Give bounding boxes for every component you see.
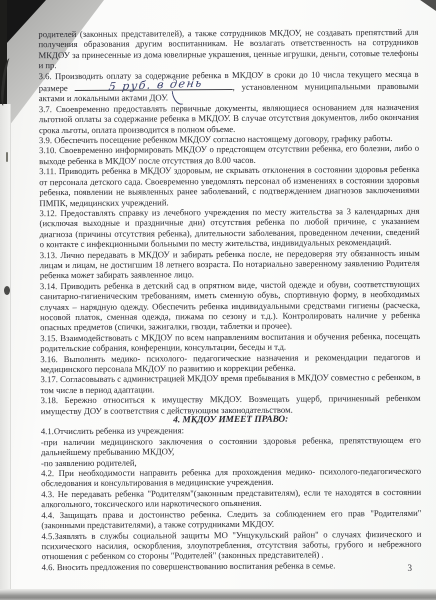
paragraph-intro-continuation: родителей (законных представителей), а т…	[38, 27, 418, 71]
clause-4-4: 4.4. Защищать права и достоинство ребенк…	[41, 508, 421, 531]
scan-edge-bottom	[0, 589, 436, 600]
clause-4-3: 4.3. Не передавать ребенка "Родителям"(з…	[41, 487, 421, 510]
paper-left-edge	[0, 104, 11, 590]
clause-3-15: 3.15. Взаимодействовать с МКДОУ по всем …	[40, 331, 420, 354]
fee-blank-line: 5 руб. в день	[75, 80, 233, 91]
clause-3-10: 3.10. Своевременно информировать МКДОУ о…	[39, 143, 419, 166]
scan-speck	[6, 152, 8, 162]
scan-corner-top-right	[414, 0, 436, 11]
clause-4-2: 4.2. При необходимости направить ребенка…	[41, 466, 421, 489]
clause-3-17: 3.17. Согласовывать с администрацией МКД…	[40, 372, 420, 395]
clause-3-6: 3.6. Производить оплату за содержание ре…	[39, 68, 419, 104]
clause-3-13: 3.13. Лично передавать в МКДОУ и забират…	[40, 247, 420, 281]
clause-3-7: 3.7. Своевременно предоставлять первичны…	[39, 102, 419, 136]
page-number: 3	[408, 563, 413, 573]
clause-3-11: 3.11. Приводить ребенка в МКДОУ здоровым…	[39, 164, 419, 208]
clause-3-16: 3.16. Выполнять медико- психолого- педаг…	[40, 351, 420, 374]
clause-3-18: 3.18. Бережно относиться к имуществу МКД…	[41, 393, 421, 416]
clause-4-5: 4.5.Заявлять в службы социальной защиты …	[41, 528, 421, 562]
clause-4-6: 4.6. Вносить предложения по совершенство…	[42, 560, 422, 573]
document-body-text: родителей (законных представителей), а т…	[38, 27, 421, 572]
clause-4-1-item-medical: -при наличии медицинского заключения о с…	[41, 435, 421, 458]
scan-speck	[4, 286, 10, 295]
clause-3-12: 3.12. Предоставлять справку из лечебного…	[39, 206, 419, 250]
clause-3-14: 3.14. Приводить ребенка в детский сад в …	[40, 279, 420, 333]
scanned-document-page: родителей (законных представителей), а т…	[0, 0, 436, 600]
